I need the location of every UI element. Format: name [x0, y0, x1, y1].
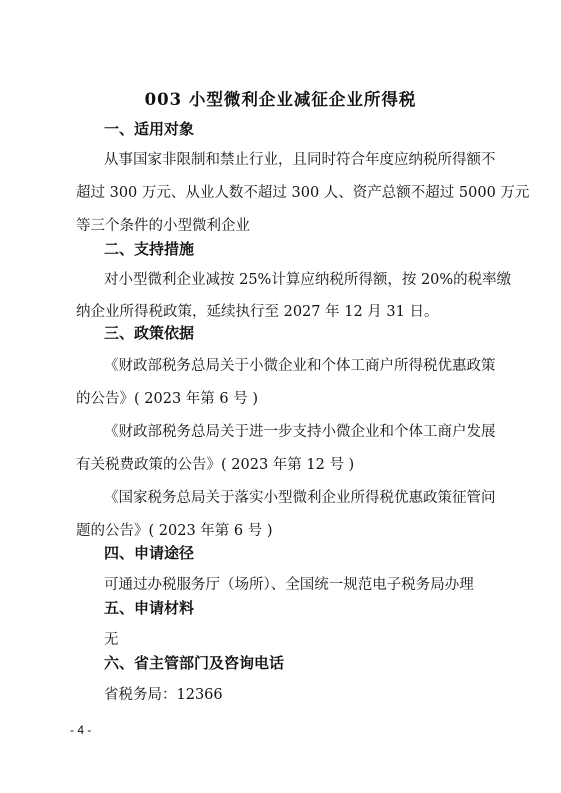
section-heading: 五、申请材料 — [104, 597, 194, 618]
document-title: 003 小型微利企业减征企业所得税 — [0, 86, 561, 110]
page-number: - 4 - — [70, 723, 91, 737]
section-heading: 三、政策依据 — [104, 322, 194, 343]
paragraph-line: 《财政部税务总局关于小微企业和个体工商户所得税优惠政策 — [104, 354, 496, 375]
section-heading: 二、支持措施 — [104, 238, 194, 259]
paragraph-line: 超过 300 万元、从业人数不超过 300 人、资产总额不超过 5000 万元 — [76, 181, 529, 202]
paragraph-line: 从事国家非限制和禁止行业，且同时符合年度应纳税所得额不 — [104, 148, 496, 169]
section-heading: 六、省主管部门及咨询电话 — [104, 652, 284, 673]
section-heading: 一、适用对象 — [104, 118, 194, 139]
section-heading: 四、申请途径 — [104, 542, 194, 563]
paragraph-line: 纳企业所得税政策，延续执行至 2027 年 12 月 31 日。 — [76, 300, 438, 321]
paragraph-line: 题的公告》( 2023 年第 6 号 ) — [76, 519, 273, 540]
paragraph-line: 无 — [104, 628, 119, 649]
paragraph-line: 的公告》( 2023 年第 6 号 ) — [76, 387, 258, 408]
paragraph-line: 《国家税务总局关于落实小型微利企业所得税优惠政策征管问 — [104, 486, 496, 507]
paragraph-line: 有关税费政策的公告》( 2023 年第 12 号 ) — [76, 453, 354, 474]
paragraph-line: 《财政部税务总局关于进一步支持小微企业和个体工商户发展 — [104, 420, 496, 441]
paragraph-line: 省税务局：12366 — [104, 683, 223, 704]
paragraph-line: 可通过办税服务厅（场所）、全国统一规范电子税务局办理 — [104, 573, 474, 594]
paragraph-line: 等三个条件的小型微利企业 — [76, 214, 250, 235]
paragraph-line: 对小型微利企业减按 25%计算应纳税所得额，按 20%的税率缴 — [104, 268, 511, 289]
